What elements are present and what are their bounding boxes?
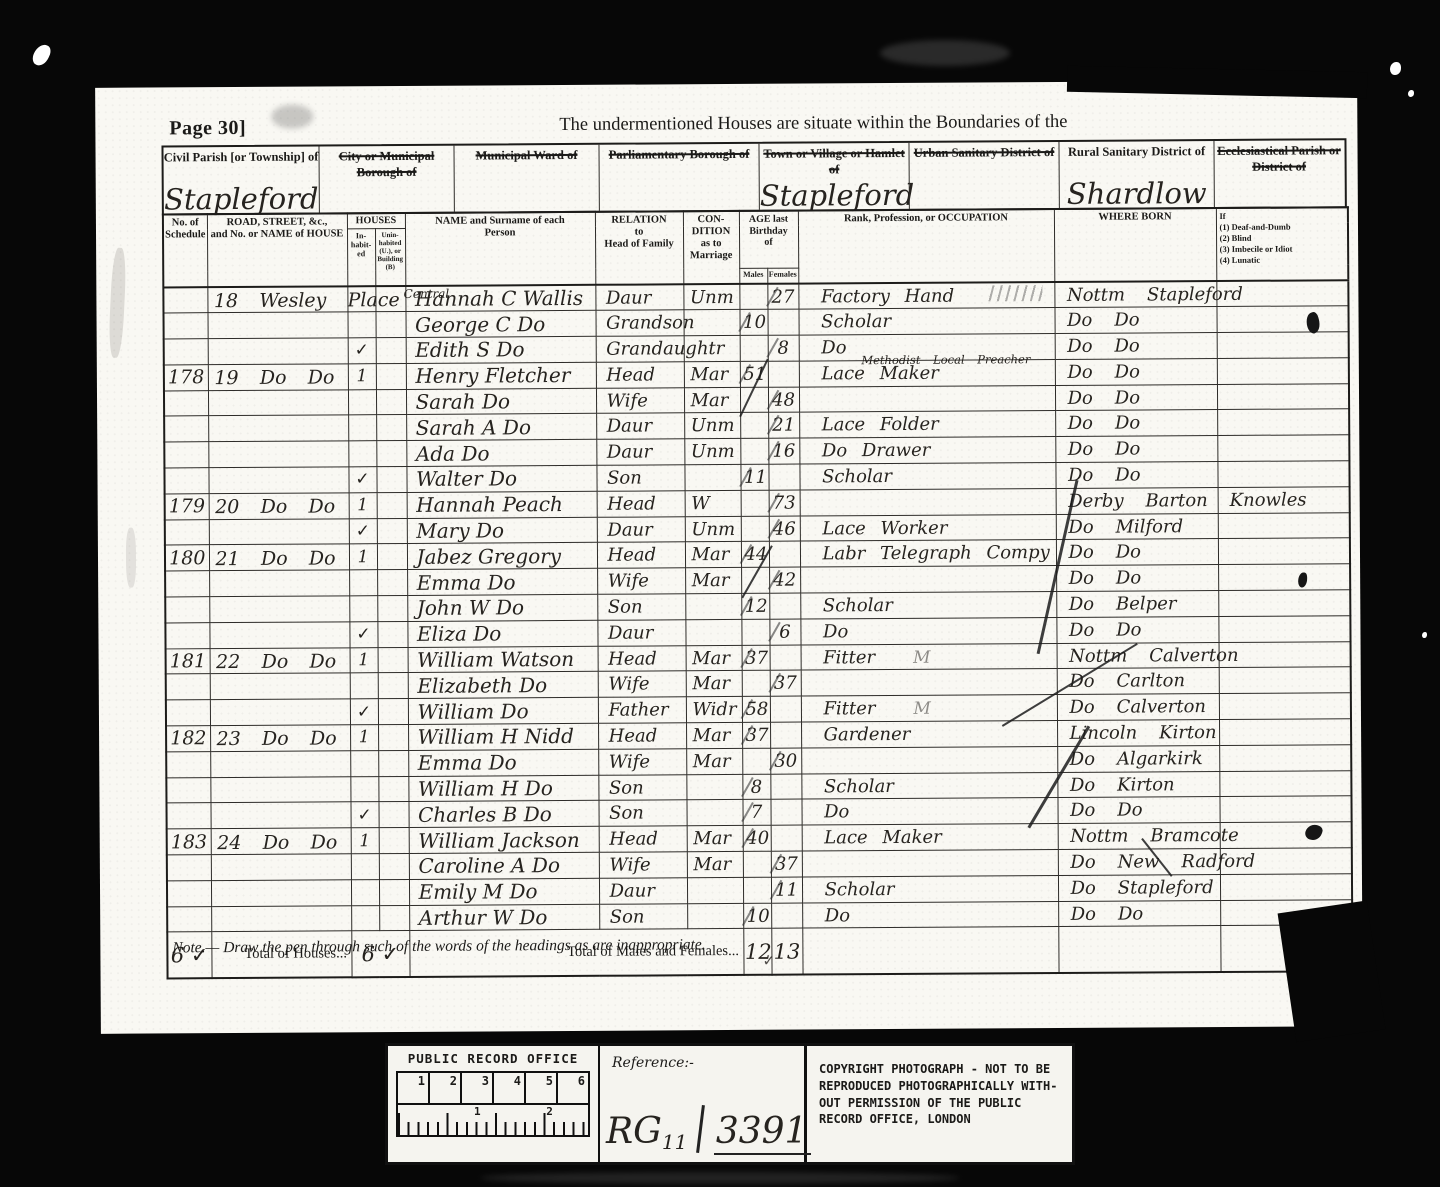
cell-schedule <box>167 855 211 881</box>
cell-name: William Jackson <box>409 827 599 854</box>
cell-uninhabited <box>377 518 407 544</box>
cell-road <box>210 802 350 829</box>
cell-infirmity <box>1220 822 1352 849</box>
cell-condition: Mar <box>686 671 742 697</box>
cell-relation: Daur <box>599 878 687 904</box>
cell-uninhabited <box>376 389 406 415</box>
cell-road: 23 Do Do <box>210 725 350 752</box>
cell-occupation: Do Drawer <box>799 437 1055 464</box>
cell-infirmity <box>1217 306 1349 333</box>
cell-age-male: 11 <box>740 464 768 490</box>
col-header-males: Males <box>739 268 767 284</box>
cell-condition: W <box>685 490 741 516</box>
cell-name: Sarah A Do <box>406 414 596 441</box>
cell-name: William H Do <box>408 775 598 802</box>
cell-road <box>210 776 350 803</box>
cell-road <box>211 854 351 881</box>
copyright-notice: COPYRIGHT PHOTOGRAPH - NOT TO BE REPRODU… <box>804 1046 1072 1162</box>
cell-where-born: Nottm Bramcote <box>1058 823 1220 850</box>
cell-uninhabited <box>376 363 406 389</box>
cell-road: 19 Do Do <box>208 364 348 391</box>
cell-uninhabited <box>379 905 409 931</box>
cell-infirmity <box>1219 667 1351 694</box>
cell-inhabited <box>351 854 379 880</box>
cell-name: Emma Do <box>407 569 597 596</box>
cell-occupation <box>800 488 1056 515</box>
cell-infirmity <box>1219 693 1351 720</box>
cell-relation: Head <box>598 645 686 671</box>
cell-age-female: 73 <box>769 490 800 516</box>
cell-where-born: Nottm Calverton <box>1057 642 1219 669</box>
reference-series: RG <box>606 1111 662 1152</box>
cell-uninhabited <box>379 853 409 879</box>
total-females-value: 13 <box>771 928 802 974</box>
col-header-infirmity: If (1) Deaf-and-Dumb (2) Blind (3) Imbec… <box>1216 207 1348 281</box>
district-label: Parliamentary Borough of <box>609 147 750 163</box>
cell-where-born: Do Do <box>1055 333 1217 360</box>
col-header-inhabited: In- habit- ed <box>347 228 375 286</box>
page-title: The undermentioned Houses are situate wi… <box>163 110 1343 138</box>
cell-inhabited <box>347 312 375 338</box>
cell-road <box>211 905 351 932</box>
cell-schedule: 182 <box>166 726 210 752</box>
col-header-name: NAME and Surname of each Person <box>405 212 595 286</box>
cell-age-male <box>742 748 770 774</box>
cell-road <box>210 751 350 778</box>
cell-age-male <box>741 619 769 645</box>
cell-where-born: Lincoln Kirton <box>1057 720 1219 747</box>
district-label: Rural Sanitary District of <box>1068 144 1205 160</box>
cell-name: Emma Do <box>408 749 598 776</box>
col-header-age: AGE last Birthday of <box>739 211 798 268</box>
cell-condition: Mar <box>685 568 741 594</box>
cell-schedule <box>164 416 208 442</box>
cell-name: Edith S Do <box>406 336 596 363</box>
pencil-mark <box>986 285 1042 301</box>
scan-speck <box>30 42 53 68</box>
cell-infirmity <box>1219 770 1351 797</box>
cell-infirmity <box>1218 538 1350 565</box>
ruler-number: 5 <box>526 1073 558 1103</box>
cell-where-born: Do Carlton <box>1057 668 1219 695</box>
cell-road: 22 Do Do <box>210 647 350 674</box>
cell-schedule <box>165 623 209 649</box>
cell-occupation: Do <box>802 901 1058 928</box>
cell-uninhabited <box>378 750 408 776</box>
cell-name: Caroline A Do <box>409 852 599 879</box>
cell-inhabited <box>349 596 377 622</box>
cell-relation: Daur <box>597 620 685 646</box>
cell-uninhabited <box>379 828 409 854</box>
cell-name: Charles B Do <box>409 801 599 828</box>
cell-occupation <box>800 566 1056 593</box>
cell-age-male: 8 <box>742 774 770 800</box>
cell-age-female <box>771 903 802 929</box>
cell-inhabited: 1 <box>350 725 378 751</box>
cell-relation: Head <box>597 542 685 568</box>
cell-age-male: 12 <box>741 593 769 619</box>
district-rural-sanitary: Rural Sanitary District of Shardlow <box>1058 141 1213 208</box>
cell-occupation: Scholar <box>799 308 1055 335</box>
cell-relation: Head <box>599 826 687 852</box>
cell-age-female <box>770 645 801 671</box>
cell-infirmity <box>1217 332 1349 359</box>
cell-condition: Mar <box>686 645 742 671</box>
cell-where-born: Do Do <box>1056 616 1218 643</box>
cell-age-male: 40 <box>743 825 771 851</box>
cell-condition <box>687 800 743 826</box>
reference-series-number: 11 <box>662 1130 687 1154</box>
cell-road <box>210 673 350 700</box>
cell-age-female <box>768 464 799 490</box>
pro-reference-strip: PUBLIC RECORD OFFICE 1 2 3 4 5 6 1 2 Ref… <box>385 1043 1075 1165</box>
cell-relation: Daur <box>595 284 683 310</box>
cell-infirmity <box>1217 461 1349 488</box>
ruler-number: 2 <box>430 1073 462 1103</box>
cell-inhabited: 1 <box>349 493 377 519</box>
col-header-road: ROAD, STREET, &c., and No. or NAME of HO… <box>207 213 347 287</box>
cell-uninhabited <box>378 647 408 673</box>
district-label: Civil Parish [or Township] of <box>164 150 319 167</box>
cell-name: John W Do <box>407 594 597 621</box>
cell-condition: Mar <box>687 826 743 852</box>
cell-where-born: Do Do <box>1058 797 1220 824</box>
cell-road: 20 Do Do <box>209 493 349 520</box>
cell-age-female: 30 <box>770 748 801 774</box>
cell-road <box>211 880 351 907</box>
cell-age-female: 27 <box>767 284 798 310</box>
cell-where-born: Do Do <box>1055 436 1217 463</box>
cell-where-born: Do Do <box>1055 358 1217 385</box>
ruler-number: 1 <box>398 1073 430 1103</box>
cell-schedule <box>165 597 209 623</box>
cell-age-male <box>740 413 768 439</box>
cell-inhabited: ✓ <box>348 338 376 364</box>
cell-road <box>209 622 349 649</box>
cell-road: 18 Wesley PlaceCentral <box>207 286 347 313</box>
cell-inhabited <box>347 286 375 312</box>
cell-road <box>208 415 348 442</box>
district-label: Municipal Ward of <box>476 148 578 164</box>
cell-inhabited <box>348 389 376 415</box>
cell-uninhabited <box>379 879 409 905</box>
cell-where-born: Do Algarkirk <box>1057 745 1219 772</box>
cell-relation: Head <box>596 362 684 388</box>
cell-inhabited <box>351 879 379 905</box>
cell-where-born: Nottm Stapleford <box>1054 281 1216 308</box>
cell-occupation: Scholar <box>799 463 1055 490</box>
cell-uninhabited <box>378 699 408 725</box>
cell-age-female: 16 <box>768 438 799 464</box>
cell-age-female: 6 <box>769 619 800 645</box>
cell-inhabited: ✓ <box>349 518 377 544</box>
reference-piece-number: 3391 <box>714 1111 812 1155</box>
cell-occupation: Lace Maker <box>802 824 1058 851</box>
cell-infirmity <box>1220 848 1352 875</box>
district-ecclesiastical: Ecclesiastical Parish or District of <box>1213 140 1343 207</box>
cell-uninhabited <box>376 441 406 467</box>
cell-age-female <box>769 542 800 568</box>
cell-where-born: Do Calverton <box>1057 694 1219 721</box>
cell-relation: Grandaughtr <box>596 336 684 362</box>
district-label: City or Municipal Borough of <box>320 149 454 181</box>
cell-infirmity <box>1220 874 1352 901</box>
cell-age-female <box>768 361 799 387</box>
cell-uninhabited <box>377 596 407 622</box>
cell-uninhabited <box>377 492 407 518</box>
scanned-census-photograph: Page 30] The undermentioned Houses are s… <box>0 0 1440 1187</box>
cell-relation: Daur <box>596 439 684 465</box>
cell-name: Eliza Do <box>407 620 597 647</box>
scan-speck <box>1422 632 1427 638</box>
cell-uninhabited <box>375 312 405 338</box>
cell-schedule <box>164 442 208 468</box>
cell-age-male <box>743 877 771 903</box>
cell-where-born: Do Do <box>1058 900 1220 927</box>
cell-uninhabited <box>377 544 407 570</box>
cell-where-born: Do Do <box>1056 539 1218 566</box>
cell-schedule <box>164 468 208 494</box>
district-city-borough: City or Municipal Borough of <box>318 146 453 213</box>
col-header-females: Females <box>767 268 798 284</box>
cell-condition: Widr <box>686 697 742 723</box>
cell-schedule <box>164 339 208 365</box>
cell-road: 24 Do Do <box>211 828 351 855</box>
cell-age-female: 21 <box>768 413 799 439</box>
cell-infirmity <box>1217 409 1349 436</box>
totals-empty <box>1058 926 1220 973</box>
cell-occupation: Methodist Local PreacherLace Maker <box>799 359 1055 386</box>
cell-name: William Do <box>408 698 598 725</box>
district-municipal-ward: Municipal Ward of <box>453 145 598 212</box>
cell-infirmity <box>1218 590 1350 617</box>
cell-inhabited: 1 <box>350 647 378 673</box>
cell-age-male: 10 <box>743 903 771 929</box>
cell-condition <box>685 593 741 619</box>
cell-uninhabited <box>377 570 407 596</box>
cell-condition <box>684 310 740 336</box>
cell-inhabited <box>350 776 378 802</box>
cell-uninhabited <box>378 673 408 699</box>
cell-inhabited: 1 <box>351 828 379 854</box>
footnote: Note.— Draw the pen through such of the … <box>172 936 705 957</box>
cell-name: Mary Do <box>407 517 597 544</box>
cell-condition: Unm <box>684 413 740 439</box>
cell-age-female: 48 <box>768 387 799 413</box>
cell-name: Walter Do <box>406 465 596 492</box>
cell-inhabited: 1 <box>349 544 377 570</box>
cell-schedule <box>163 287 207 313</box>
cell-relation: Son <box>599 800 687 826</box>
col-header-houses: HOUSES <box>347 213 405 228</box>
ruler-tick-label: 2 <box>546 1105 553 1118</box>
cell-occupation: Gardener <box>801 721 1057 748</box>
cell-schedule <box>167 906 211 932</box>
cell-where-born: Do Do <box>1055 307 1217 334</box>
cell-relation: Wife <box>596 387 684 413</box>
cell-condition <box>687 877 743 903</box>
cell-infirmity <box>1220 796 1352 823</box>
cell-relation: Wife <box>597 568 685 594</box>
cell-road: 21 Do Do <box>209 544 349 571</box>
cell-infirmity <box>1218 487 1350 514</box>
cell-occupation: FitterM <box>801 643 1057 670</box>
cell-name: Elizabeth Do <box>408 672 598 699</box>
scan-speck <box>1390 62 1401 75</box>
scan-smudge <box>108 247 127 358</box>
cell-age-female <box>770 696 801 722</box>
cell-uninhabited <box>376 467 406 493</box>
ruler-tick-label: 1 <box>474 1105 481 1118</box>
scan-dirt <box>480 1172 960 1184</box>
district-label: Urban Sanitary District of <box>914 145 1055 161</box>
cell-relation: Head <box>597 491 685 517</box>
cell-age-female <box>769 593 800 619</box>
district-label: Ecclesiastical Parish or District of <box>1214 143 1343 175</box>
cell-occupation: Labr Telegraph Compy <box>800 540 1056 567</box>
cell-schedule <box>166 777 210 803</box>
cell-relation: Son <box>598 774 686 800</box>
cell-where-born: Do Do <box>1055 410 1217 437</box>
cell-where-born: Derby Barton Knowles <box>1056 487 1218 514</box>
cell-condition: Mar <box>686 748 742 774</box>
cell-occupation: Lace Folder <box>799 411 1055 438</box>
cell-schedule <box>166 700 210 726</box>
cell-uninhabited <box>378 776 408 802</box>
cell-road <box>210 699 350 726</box>
cell-name: Arthur W Do <box>409 904 599 931</box>
cell-condition: Mar <box>685 542 741 568</box>
cell-occupation: Do <box>802 798 1058 825</box>
col-header-relation: RELATION to Head of Family <box>595 211 683 285</box>
cell-condition: Mar <box>686 722 742 748</box>
page-head: Page 30] The undermentioned Houses are s… <box>163 110 1343 141</box>
reference-divider <box>696 1105 704 1153</box>
cell-occupation <box>802 850 1058 877</box>
check-mark: ✓ <box>762 952 775 970</box>
cell-age-female: 37 <box>771 851 802 877</box>
cell-name: George C Do <box>406 311 596 338</box>
scan-smudge <box>126 528 136 588</box>
cell-uninhabited <box>377 621 407 647</box>
cell-occupation: Do <box>800 617 1056 644</box>
cell-schedule: 178 <box>164 365 208 391</box>
cell-condition: Mar <box>687 851 743 877</box>
cell-road <box>209 596 349 623</box>
pro-ruler: PUBLIC RECORD OFFICE 1 2 3 4 5 6 1 2 <box>388 1046 600 1162</box>
cell-inhabited: ✓ <box>349 622 377 648</box>
cell-road <box>208 441 348 468</box>
cell-uninhabited <box>376 338 406 364</box>
cell-age-female <box>768 309 799 335</box>
cell-age-male <box>741 516 769 542</box>
cell-inhabited: ✓ <box>350 699 378 725</box>
cell-age-male <box>743 851 771 877</box>
cell-infirmity <box>1217 358 1349 385</box>
cell-schedule: 179 <box>165 494 209 520</box>
cell-inhabited <box>350 673 378 699</box>
cell-relation: Daur <box>596 413 684 439</box>
cell-uninhabited <box>376 415 406 441</box>
census-sheet: Page 30] The undermentioned Houses are s… <box>95 80 1363 1034</box>
cell-schedule <box>166 752 210 778</box>
cell-where-born: Do Stapleford <box>1058 874 1220 901</box>
cell-age-female: 46 <box>769 516 800 542</box>
col-header-where-born: WHERE BORN <box>1054 208 1216 282</box>
cell-condition <box>684 465 740 491</box>
cell-infirmity <box>1216 280 1348 307</box>
enumeration-table: No. of Schedule ROAD, STREET, &c., and N… <box>162 206 1354 979</box>
table-header: No. of Schedule ROAD, STREET, &c., and N… <box>163 207 1348 287</box>
reference-value: RG113391 <box>606 1105 811 1154</box>
cell-age-female: 11 <box>771 877 802 903</box>
cell-occupation: Scholar <box>802 875 1058 902</box>
cell-schedule <box>165 571 209 597</box>
cell-infirmity <box>1219 641 1351 668</box>
cell-inhabited <box>348 441 376 467</box>
cell-infirmity <box>1217 435 1349 462</box>
cell-infirmity <box>1218 564 1350 591</box>
district-parliamentary-borough: Parliamentary Borough of <box>598 144 758 211</box>
cell-infirmity <box>1217 383 1349 410</box>
col-header-condition: CON- DITION as to Marriage <box>683 211 739 284</box>
cell-age-female <box>771 825 802 851</box>
cell-schedule <box>166 803 210 829</box>
cell-infirmity <box>1218 512 1350 539</box>
cell-age-female <box>770 774 801 800</box>
cell-name: Sarah Do <box>406 388 596 415</box>
scan-edge <box>1067 66 1367 99</box>
cell-condition <box>687 903 743 929</box>
cell-age-female: 8 <box>768 335 799 361</box>
district-label: Town or Village or Hamlet of <box>759 146 908 178</box>
cell-road <box>209 570 349 597</box>
cell-name: William H Nidd <box>408 723 598 750</box>
cell-where-born: Do Kirton <box>1057 771 1219 798</box>
cell-condition: Unm <box>684 439 740 465</box>
ruler-number: 4 <box>494 1073 526 1103</box>
cell-uninhabited <box>378 802 408 828</box>
cell-inhabited <box>350 750 378 776</box>
cell-age-male: 7 <box>742 800 770 826</box>
cell-road <box>208 338 348 365</box>
district-civil-parish: Civil Parish [or Township] of Stapleford <box>163 147 318 214</box>
cell-occupation: FitterM <box>801 695 1057 722</box>
reference-section: Reference:- RG113391 <box>600 1046 804 1162</box>
cell-infirmity <box>1218 616 1350 643</box>
cell-schedule: 183 <box>167 829 211 855</box>
cell-relation: Son <box>596 465 684 491</box>
cell-relation: Wife <box>598 671 686 697</box>
ruler-inches: 1 2 3 4 5 6 <box>396 1071 590 1103</box>
cell-infirmity <box>1219 745 1351 772</box>
cell-name: Hannah Peach <box>407 491 597 518</box>
cell-relation: Wife <box>599 852 687 878</box>
cell-relation: Son <box>597 594 685 620</box>
cell-relation: Son <box>599 903 687 929</box>
cell-age-female: 37 <box>770 671 801 697</box>
cell-name: William Watson <box>408 646 598 673</box>
cell-infirmity <box>1219 719 1351 746</box>
cell-inhabited: 1 <box>348 364 376 390</box>
cell-relation: Father <box>598 697 686 723</box>
cell-schedule <box>167 880 211 906</box>
ruler-number: 6 <box>558 1073 588 1103</box>
cell-age-male <box>740 335 768 361</box>
cell-occupation: Scholar <box>800 592 1056 619</box>
district-urban-sanitary: Urban Sanitary District of <box>908 142 1058 209</box>
cell-name: Hannah C Wallis <box>405 285 595 312</box>
